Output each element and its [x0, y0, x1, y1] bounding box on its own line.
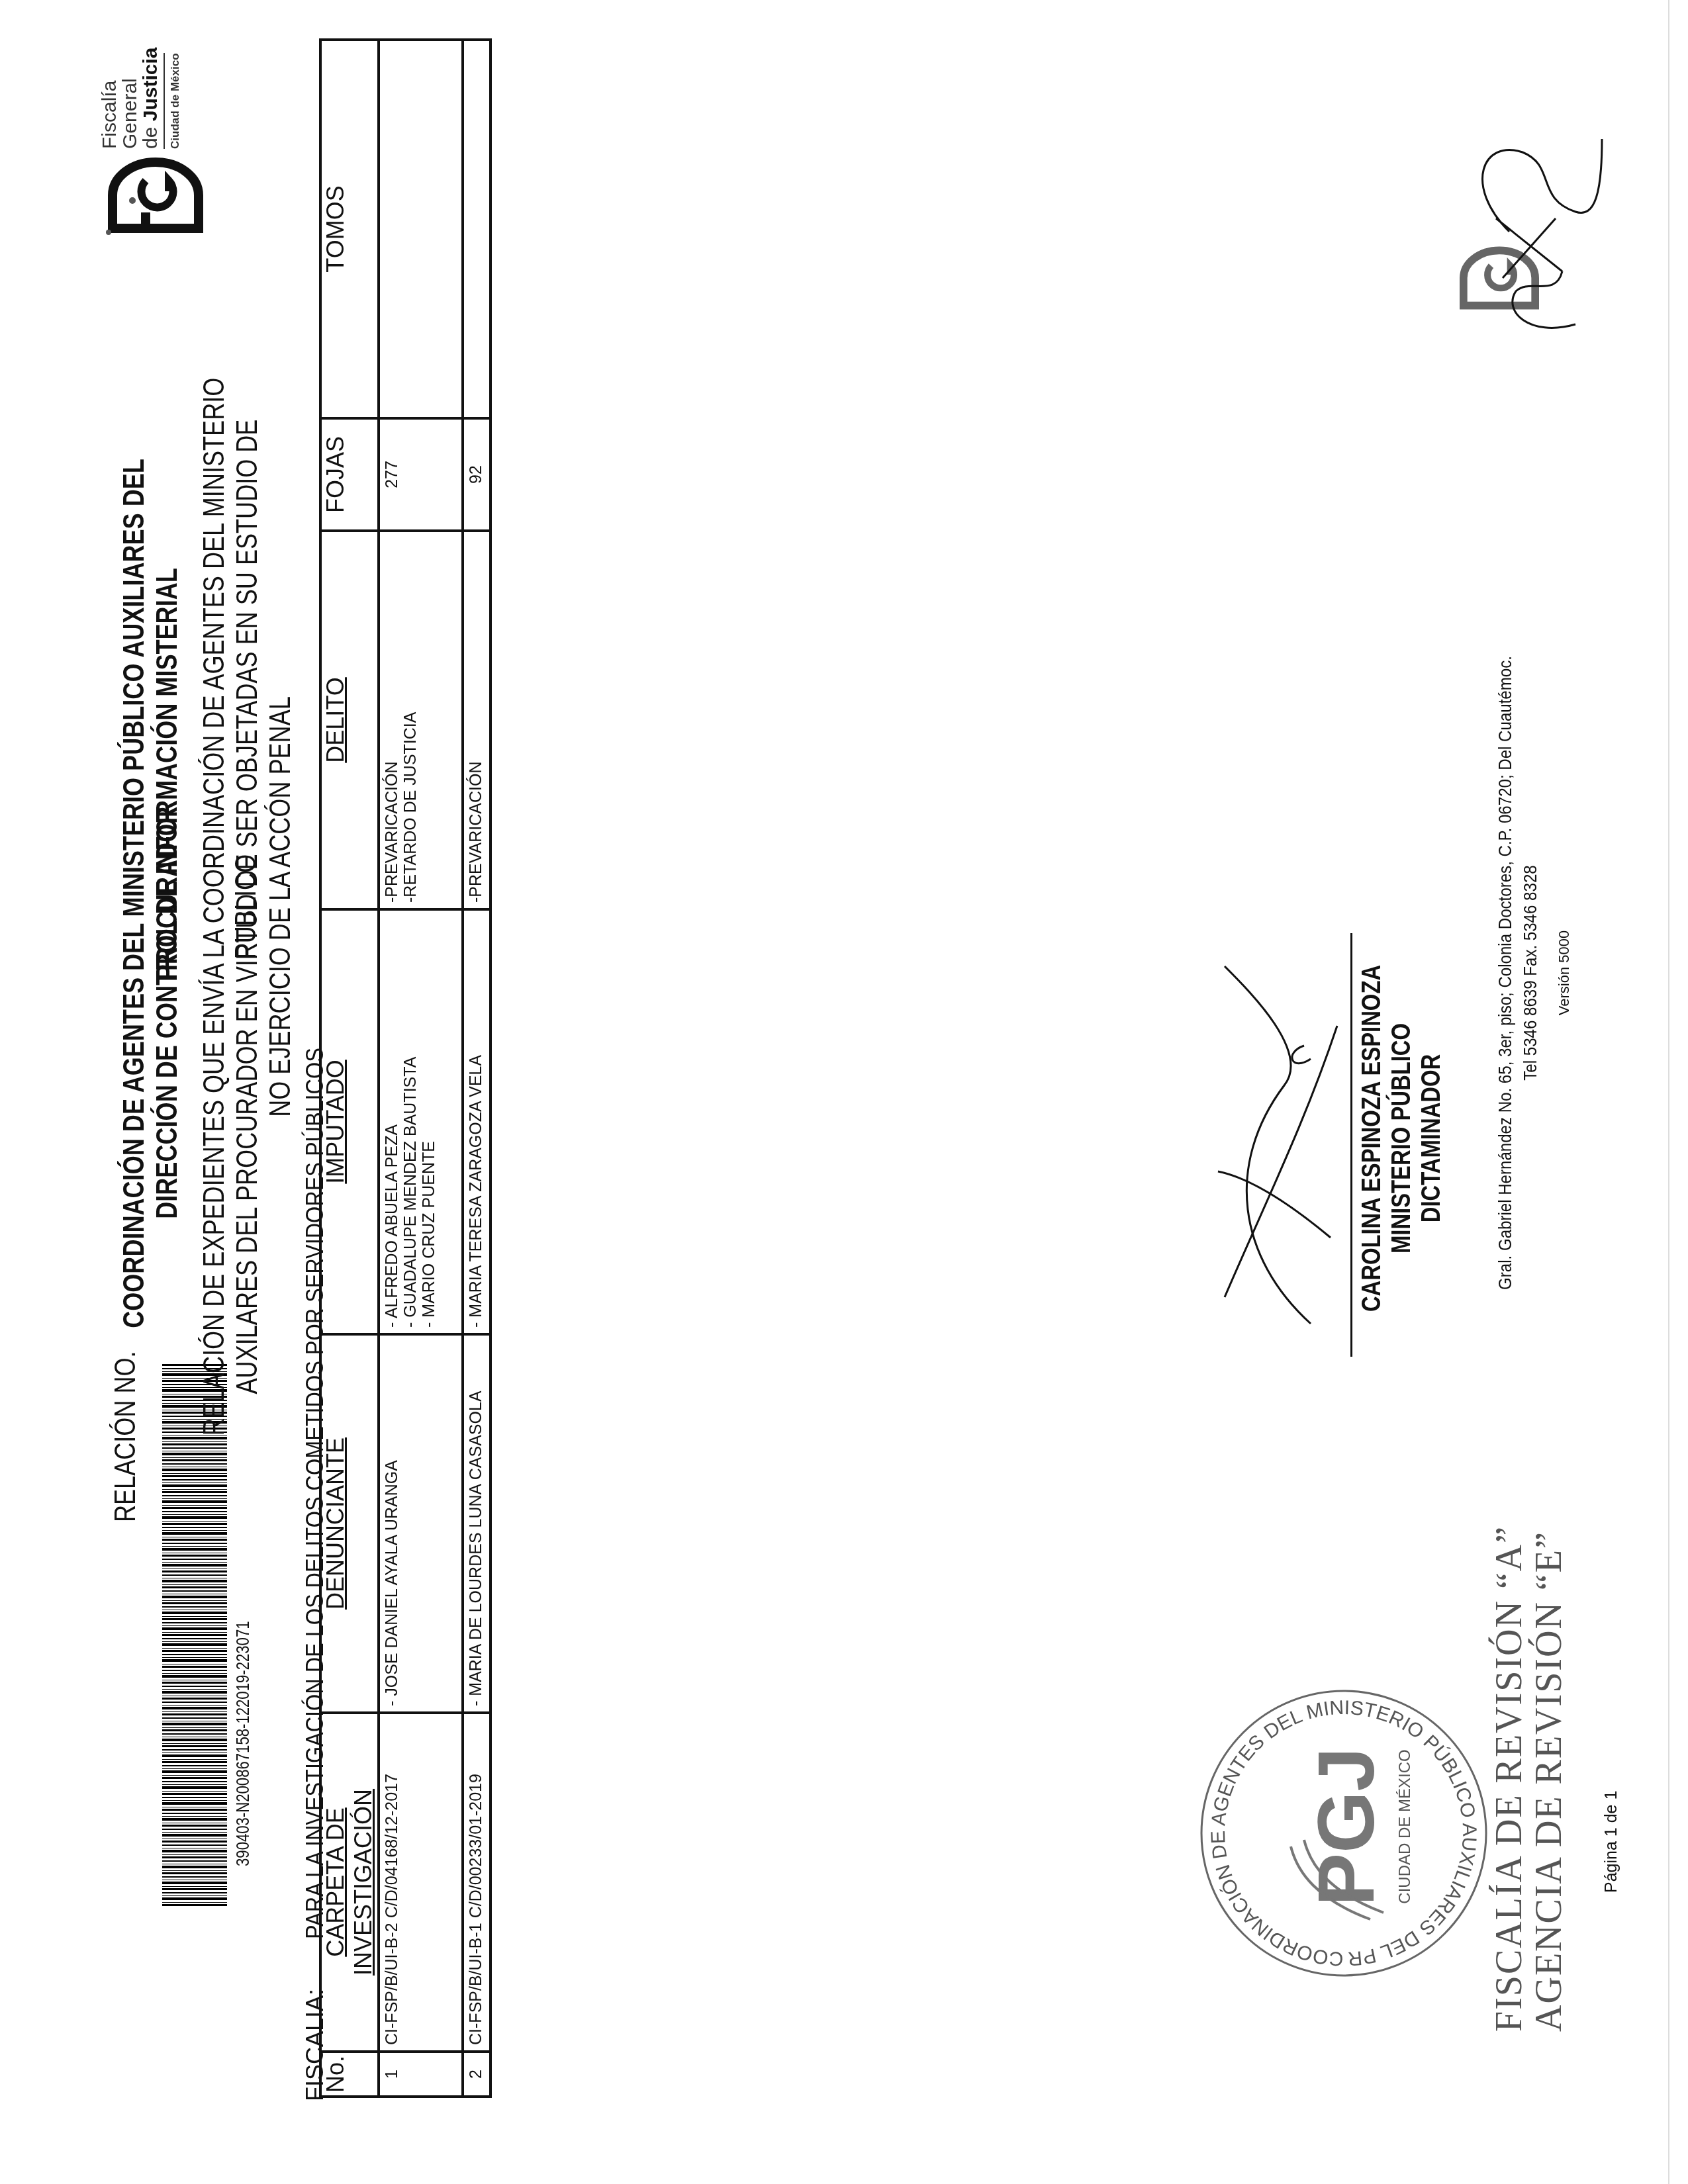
address-line-1: Gral. Gabriel Hernández No. 65, 3er, pis…	[1495, 540, 1516, 1405]
signature-line	[1350, 933, 1352, 1357]
scan-edge	[1668, 0, 1669, 2184]
delito-item: -PREVARICACIÓN	[467, 537, 485, 903]
header-imputado: IMPUTADO	[320, 909, 379, 1334]
logo-line-4: Ciudad de México	[164, 53, 185, 149]
header-tomos: TOMOS	[320, 40, 379, 418]
cell-tomos	[463, 40, 491, 418]
document-page: RELACIÓN NO. 390403-N200867158-122019-22…	[0, 0, 1688, 2184]
fgj-logo: Fiscalía General de Justicia Ciudad de M…	[99, 17, 212, 235]
table-row: 1CI-FSP/B/UI-B-2 C/D/04168/12-2017- JOSE…	[379, 40, 463, 2097]
cell-no: 1	[379, 2052, 463, 2097]
cell-carpeta: CI-FSP/B/UI-B-1 C/D/00233/01-2019	[463, 1713, 491, 2052]
cell-denunciante: - MARIA DE LOURDES LUNA CASASOLA	[463, 1334, 491, 1713]
delito-item: -RETARDO DE JUSTICIA	[401, 537, 420, 903]
signer-role: MINISTERIO PÚBLICO DICTAMINADOR	[1387, 943, 1446, 1334]
imputado-item: - GUADALUPE MENDEZ BAUTISTA	[401, 916, 420, 1328]
cell-carpeta: CI-FSP/B/UI-B-2 C/D/04168/12-2017	[379, 1713, 463, 2052]
cell-delito: -PREVARICACIÓN-RETARDO DE JUSTICIA	[379, 531, 463, 909]
cell-tomos	[379, 40, 463, 418]
subtitle-line-2: AUXILARES DEL PROCURADOR EN VIRTUD DE SE…	[232, 364, 263, 1449]
header-carpeta: CARPETA DE INVESTIGACIÓN	[320, 1713, 379, 2052]
cell-denunciante: - JOSE DANIEL AYALA URANGA	[379, 1334, 463, 1713]
logo-line-2: General	[120, 48, 140, 149]
svg-text:PGJ: PGJ	[1302, 1747, 1391, 1906]
stamp-line-2: AGENCIA DE REVISIÓN “E”	[1529, 1525, 1569, 2032]
version-label: Versión 5000	[1556, 470, 1573, 1476]
header-delito: DELITO	[320, 531, 379, 909]
cell-delito: -PREVARICACIÓN	[463, 531, 491, 909]
expedientes-table: No. CARPETA DE INVESTIGACIÓN DENUNCIANTE…	[319, 38, 492, 2098]
stamp-line-1: FISCALÍA DE REVISIÓN “A”	[1489, 1525, 1529, 2032]
page-number: Página 1 de 1	[1602, 1791, 1621, 1893]
signer-name: CAROLINA ESPINOZA ESPINOZA	[1357, 943, 1387, 1334]
imputado-item: - MARIO CRUZ PUENTE	[420, 916, 438, 1328]
cell-imputado: - MARIA TERESA ZARAGOZA VELA	[463, 909, 491, 1334]
cell-fojas: 277	[379, 418, 463, 531]
table-header-row: No. CARPETA DE INVESTIGACIÓN DENUNCIANTE…	[320, 40, 379, 2097]
barcode-number: 390403-N200867158-122019-223071	[233, 1621, 254, 1866]
header-fojas: FOJAS	[320, 418, 379, 531]
imputado-item: - MARIA TERESA ZARAGOZA VELA	[467, 916, 485, 1328]
header-denunciante: DENUNCIANTE	[320, 1334, 379, 1713]
table-row: 2CI-FSP/B/UI-B-1 C/D/00233/01-2019- MARI…	[463, 40, 491, 2097]
header-no: No.	[320, 2052, 379, 2097]
handwritten-mark	[1423, 132, 1609, 351]
logo-line-1: Fiscalía	[99, 48, 120, 149]
official-stamp: COORDINACIÓN DE AGENTES DEL MINISTERIO P…	[1185, 1674, 1503, 1992]
cell-imputado: - ALFREDO ABUELA PEZA- GUADALUPE MENDEZ …	[379, 909, 463, 1334]
logo-line-3-prefix: de	[140, 121, 162, 149]
logo-line-3-bold: Justicia	[140, 48, 162, 122]
title-direccion: DIRECCIÓN DE CONTROL DE INFORMACIÓN MIST…	[151, 378, 184, 1409]
svg-text:CIUDAD DE MÉXICO: CIUDAD DE MÉXICO	[1396, 1749, 1414, 1903]
subtitle-line-3: NO EJERCICIO DE LA ACCÓN PENAL	[265, 364, 297, 1449]
address-line-2: Tel 5346 8639 Fax. 5346 8328	[1520, 540, 1541, 1405]
imputado-item: - ALFREDO ABUELA PEZA	[383, 916, 401, 1328]
cell-no: 2	[463, 2052, 491, 2097]
signature-scribble	[1211, 940, 1344, 1337]
cell-fojas: 92	[463, 418, 491, 531]
revision-stamp-text: FISCALÍA DE REVISIÓN “A” AGENCIA DE REVI…	[1489, 1525, 1569, 2032]
delito-item: -PREVARICACIÓN	[383, 537, 401, 903]
logo-text: Fiscalía General de Justicia Ciudad de M…	[99, 48, 185, 149]
fgj-logo-icon	[106, 156, 205, 235]
